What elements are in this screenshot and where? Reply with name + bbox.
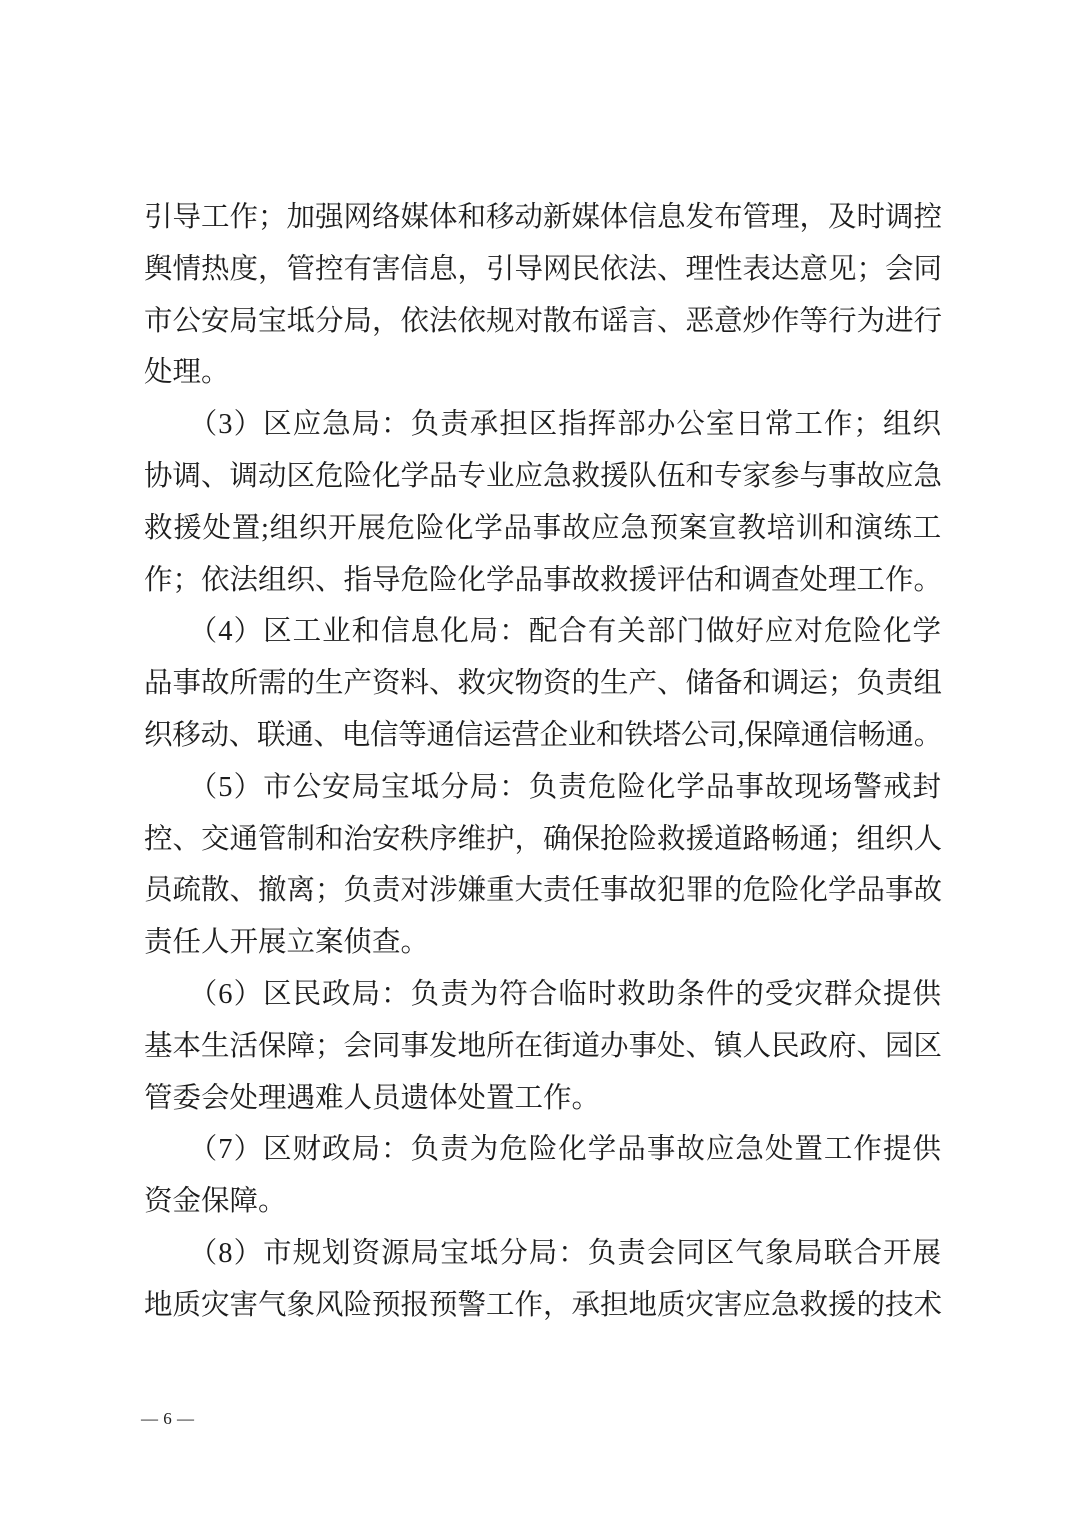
paragraph: （5）市公安局宝坻分局：负责危险化学品事故现场警戒封控、交通管制和治安秩序维护，… xyxy=(144,762,942,969)
text-line: 基本生活保障；会同事发地所在街道办事处、镇人民政府、园区 xyxy=(144,1021,942,1073)
paragraph: （3）区应急局：负责承担区指挥部办公室日常工作；组织协调、调动区危险化学品专业应… xyxy=(144,399,942,606)
text-line-content: 基本生活保障；会同事发地所在街道办事处、镇人民政府、园区 xyxy=(144,1031,942,1062)
paragraph: 引导工作；加强网络媒体和移动新媒体信息发布管理，及时调控舆情热度，管控有害信息，… xyxy=(144,192,942,399)
text-line-content: 市公安局宝坻分局，依法依规对散布谣言、恶意炒作等行为进行 xyxy=(144,306,942,337)
paragraph: （8）市规划资源局宝坻分局：负责会同区气象局联合开展地质灾害气象风险预报预警工作… xyxy=(144,1228,942,1332)
paragraph: （7）区财政局：负责为危险化学品事故应急处置工作提供资金保障。 xyxy=(144,1124,942,1228)
text-line: （3）区应急局：负责承担区指挥部办公室日常工作；组织 xyxy=(144,399,942,451)
text-line-content: 控、交通管制和治安秩序维护，确保抢险救援道路畅通；组织人 xyxy=(144,824,942,855)
text-line: 管委会处理遇难人员遗体处置工作。 xyxy=(144,1073,942,1125)
text-line: （5）市公安局宝坻分局：负责危险化学品事故现场警戒封 xyxy=(144,762,942,814)
text-line: 织移动、联通、电信等通信运营企业和铁塔公司,保障通信畅通。 xyxy=(144,710,942,762)
text-line-content: 员疏散、撤离；负责对涉嫌重大责任事故犯罪的危险化学品事故 xyxy=(144,875,942,906)
text-line: 地质灾害气象风险预报预警工作，承担地质灾害应急救援的技术 xyxy=(144,1280,942,1332)
text-line-content: （3）区应急局：负责承担区指挥部办公室日常工作；组织 xyxy=(144,409,942,440)
text-line: 品事故所需的生产资料、救灾物资的生产、储备和调运；负责组 xyxy=(144,658,942,710)
paragraph: （6）区民政局：负责为符合临时救助条件的受灾群众提供基本生活保障；会同事发地所在… xyxy=(144,969,942,1124)
text-line-content: （4）区工业和信息化局：配合有关部门做好应对危险化学 xyxy=(144,616,942,647)
text-line: （7）区财政局：负责为危险化学品事故应急处置工作提供 xyxy=(144,1124,942,1176)
text-line: 资金保障。 xyxy=(144,1176,942,1228)
text-line-content: 品事故所需的生产资料、救灾物资的生产、储备和调运；负责组 xyxy=(144,668,942,699)
text-line-content: 管委会处理遇难人员遗体处置工作。 xyxy=(144,1083,600,1114)
text-line-content: 地质灾害气象风险预报预警工作，承担地质灾害应急救援的技术 xyxy=(144,1290,942,1321)
text-line: 舆情热度，管控有害信息，引导网民依法、理性表达意见；会同 xyxy=(144,244,942,296)
text-line: 控、交通管制和治安秩序维护，确保抢险救援道路畅通；组织人 xyxy=(144,814,942,866)
text-line-content: （5）市公安局宝坻分局：负责危险化学品事故现场警戒封 xyxy=(144,772,942,803)
text-line-content: （7）区财政局：负责为危险化学品事故应急处置工作提供 xyxy=(144,1134,942,1165)
text-line: 员疏散、撤离；负责对涉嫌重大责任事故犯罪的危险化学品事故 xyxy=(144,865,942,917)
text-line: 协调、调动区危险化学品专业应急救援队伍和专家参与事故应急 xyxy=(144,451,942,503)
text-line: 作；依法组织、指导危险化学品事故救援评估和调查处理工作。 xyxy=(144,555,942,607)
text-line: （6）区民政局：负责为符合临时救助条件的受灾群众提供 xyxy=(144,969,942,1021)
paragraph: （4）区工业和信息化局：配合有关部门做好应对危险化学品事故所需的生产资料、救灾物… xyxy=(144,606,942,761)
text-line-content: 协调、调动区危险化学品专业应急救援队伍和专家参与事故应急 xyxy=(144,461,942,492)
text-line-content: 作；依法组织、指导危险化学品事故救援评估和调查处理工作。 xyxy=(144,565,942,596)
text-line-content: 织移动、联通、电信等通信运营企业和铁塔公司,保障通信畅通。 xyxy=(144,720,942,751)
text-line: 责任人开展立案侦查。 xyxy=(144,917,942,969)
text-line-content: 处理。 xyxy=(144,357,230,388)
page-number: — 6 — xyxy=(141,1407,195,1431)
text-line-content: 引导工作；加强网络媒体和移动新媒体信息发布管理，及时调控 xyxy=(144,202,942,233)
text-line: 市公安局宝坻分局，依法依规对散布谣言、恶意炒作等行为进行 xyxy=(144,296,942,348)
body-text: 引导工作；加强网络媒体和移动新媒体信息发布管理，及时调控舆情热度，管控有害信息，… xyxy=(144,192,942,1332)
text-line: 救援处置;组织开展危险化学品事故应急预案宣教培训和演练工 xyxy=(144,503,942,555)
text-line: 处理。 xyxy=(144,347,942,399)
text-line-content: （8）市规划资源局宝坻分局：负责会同区气象局联合开展 xyxy=(144,1238,942,1269)
text-line-content: 救援处置;组织开展危险化学品事故应急预案宣教培训和演练工 xyxy=(144,513,942,544)
text-line: （4）区工业和信息化局：配合有关部门做好应对危险化学 xyxy=(144,606,942,658)
text-line-content: 资金保障。 xyxy=(144,1186,287,1217)
document-page: 引导工作；加强网络媒体和移动新媒体信息发布管理，及时调控舆情热度，管控有害信息，… xyxy=(0,0,1074,1520)
text-line-content: 责任人开展立案侦查。 xyxy=(144,927,429,958)
text-line: 引导工作；加强网络媒体和移动新媒体信息发布管理，及时调控 xyxy=(144,192,942,244)
text-line-content: 舆情热度，管控有害信息，引导网民依法、理性表达意见；会同 xyxy=(144,254,942,285)
text-line-content: （6）区民政局：负责为符合临时救助条件的受灾群众提供 xyxy=(144,979,942,1010)
text-line: （8）市规划资源局宝坻分局：负责会同区气象局联合开展 xyxy=(144,1228,942,1280)
